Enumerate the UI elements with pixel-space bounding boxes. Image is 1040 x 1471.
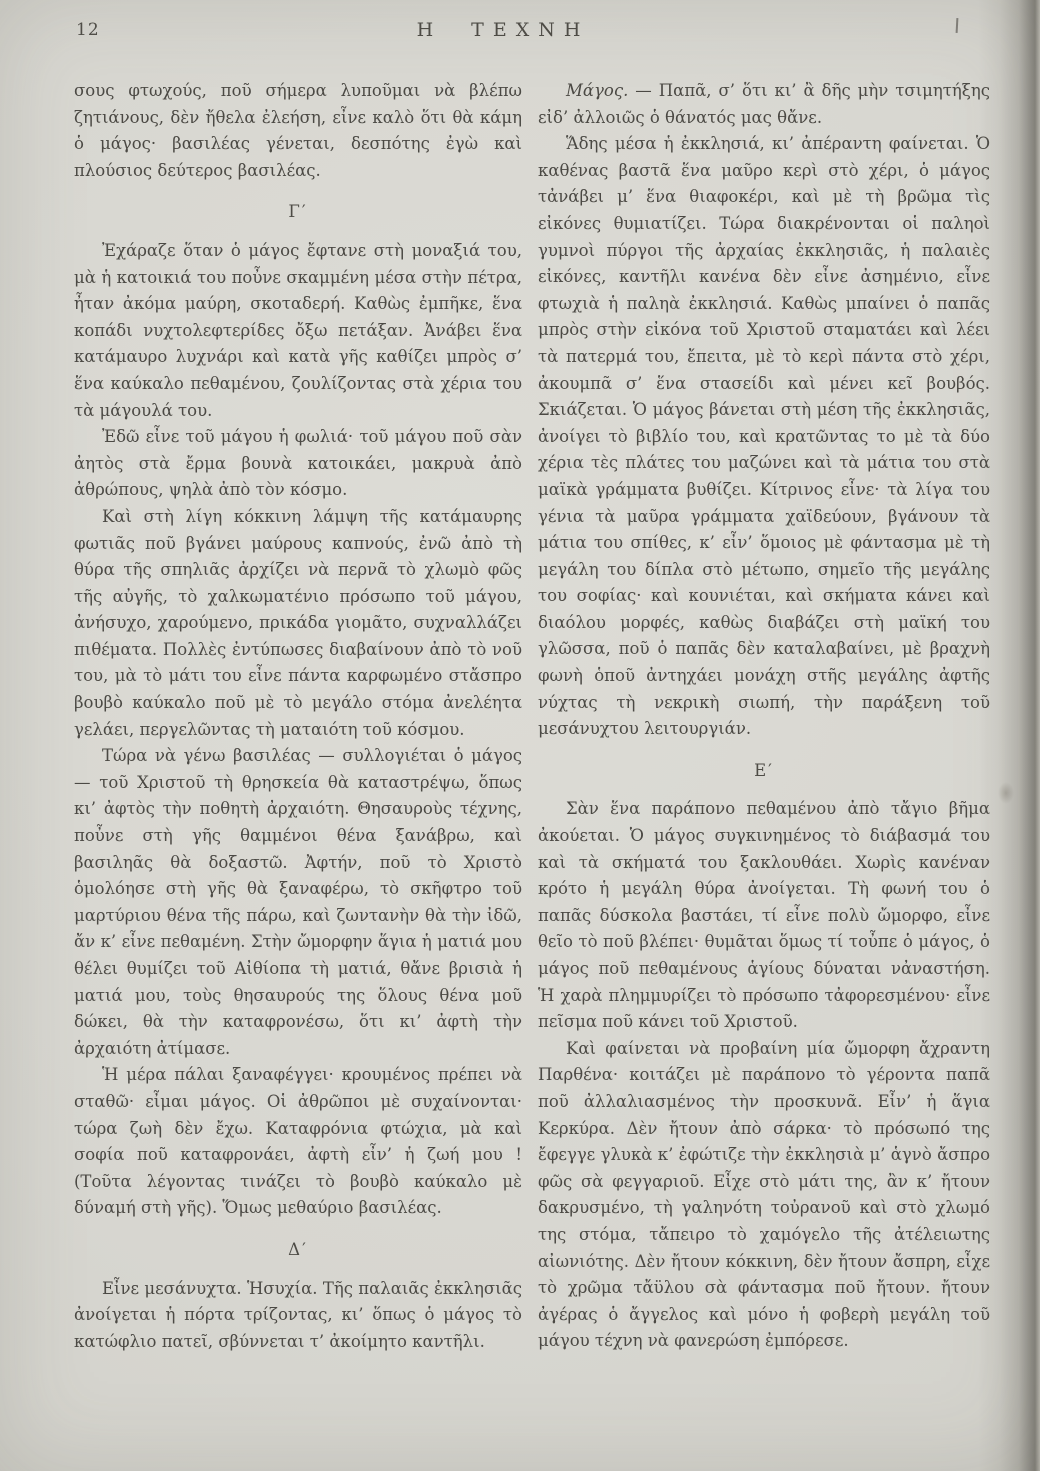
journal-title: Η ΤΕΧΝΗ [0, 19, 1040, 41]
paragraph: Ἐχάραζε ὅταν ὁ μάγος ἔφτανε στὴ μοναξιά … [74, 238, 522, 424]
paragraph: Σὰν ἕνα παράπονο πεθαμένου ἀπὸ τἄγιο βῆμ… [538, 796, 990, 1035]
paragraph: Καὶ στὴ λίγη κόκκινη λάμψη τῆς κατάμαυρη… [74, 504, 522, 743]
speaker-label: Μάγος. [566, 81, 628, 100]
text-column-right: Μάγος. — Παπᾶ, σ’ ὅτι κι’ ἂ δῆς μὴν τσιμ… [538, 78, 990, 1355]
section-heading: Δ′ [74, 1237, 522, 1264]
scanned-page: 12 Η ΤΕΧΝΗ σους φτωχούς, ποῦ σήμερα λυπο… [0, 0, 1040, 1471]
paragraph: Μάγος. — Παπᾶ, σ’ ὅτι κι’ ἂ δῆς μὴν τσιμ… [538, 78, 990, 131]
paragraph: Τώρα νὰ γένω βασιλέας — συλλογιέται ὁ μά… [74, 743, 522, 1062]
paragraph: Ἅδης μέσα ἡ ἐκκλησιά, κι’ ἀπέραντη φαίνε… [538, 131, 990, 743]
paragraph: Ἡ μέρα πάλαι ξαναφέγγει· κρουμένος πρέπε… [74, 1062, 522, 1222]
section-heading: Ε′ [538, 758, 990, 785]
paragraph: Ἐδῶ εἶνε τοῦ μάγου ἡ φωλιά· τοῦ μάγου πο… [74, 424, 522, 504]
paragraph: Εἶνε μεσάνυχτα. Ἡσυχία. Τῆς παλαιᾶς ἐκκλ… [74, 1276, 522, 1356]
scan-gutter-shadow [978, 0, 1040, 1471]
text-column-left: σους φτωχούς, ποῦ σήμερα λυποῦμαι νὰ βλέ… [74, 78, 522, 1355]
paragraph: Καὶ φαίνεται νὰ προβαίνη μία ὤμορφη ἄχρα… [538, 1036, 990, 1355]
section-heading: Γ′ [74, 199, 522, 226]
paragraph: σους φτωχούς, ποῦ σήμερα λυποῦμαι νὰ βλέ… [74, 78, 522, 184]
